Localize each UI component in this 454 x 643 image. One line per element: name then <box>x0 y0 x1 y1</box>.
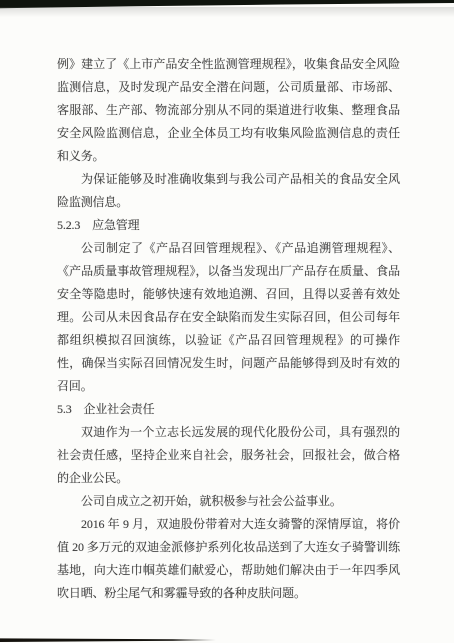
paragraph-corporate-citizen: 双迪作为一个立志长远发展的现代化股份公司，具有强烈的社会责任感，坚持企业来自社会… <box>57 421 400 490</box>
paragraph-recall-management: 公司制定了《产品召回管理规程》、《产品追溯管理规程》、《产品质量事故管理规程》，… <box>57 237 400 398</box>
section-heading-social-responsibility: 5.3 企业社会责任 <box>57 398 400 421</box>
scan-artifact-top-shadow <box>0 7 454 17</box>
section-heading-emergency-management: 5.2.3 应急管理 <box>57 214 400 237</box>
paragraph-product-safety-monitoring: 例》建立了《上市产品安全性监测管理规程》，收集食品安全风险监测信息，及时发现产品… <box>57 53 400 168</box>
scanned-document-page: 例》建立了《上市产品安全性监测管理规程》，收集食品安全风险监测信息，及时发现产品… <box>0 0 454 643</box>
paragraph-risk-info-collection: 为保证能够及时准确收集到与我公司产品相关的食品安全风险监测信息。 <box>57 168 400 214</box>
page-number: 11 <box>57 589 400 601</box>
paragraph-public-welfare: 公司自成立之初开始，就积极参与社会公益事业。 <box>57 490 400 513</box>
scan-artifact-bottom-edge <box>0 638 216 642</box>
document-body: 例》建立了《上市产品安全性监测管理规程》，收集食品安全风险监测信息，及时发现产品… <box>57 53 400 605</box>
